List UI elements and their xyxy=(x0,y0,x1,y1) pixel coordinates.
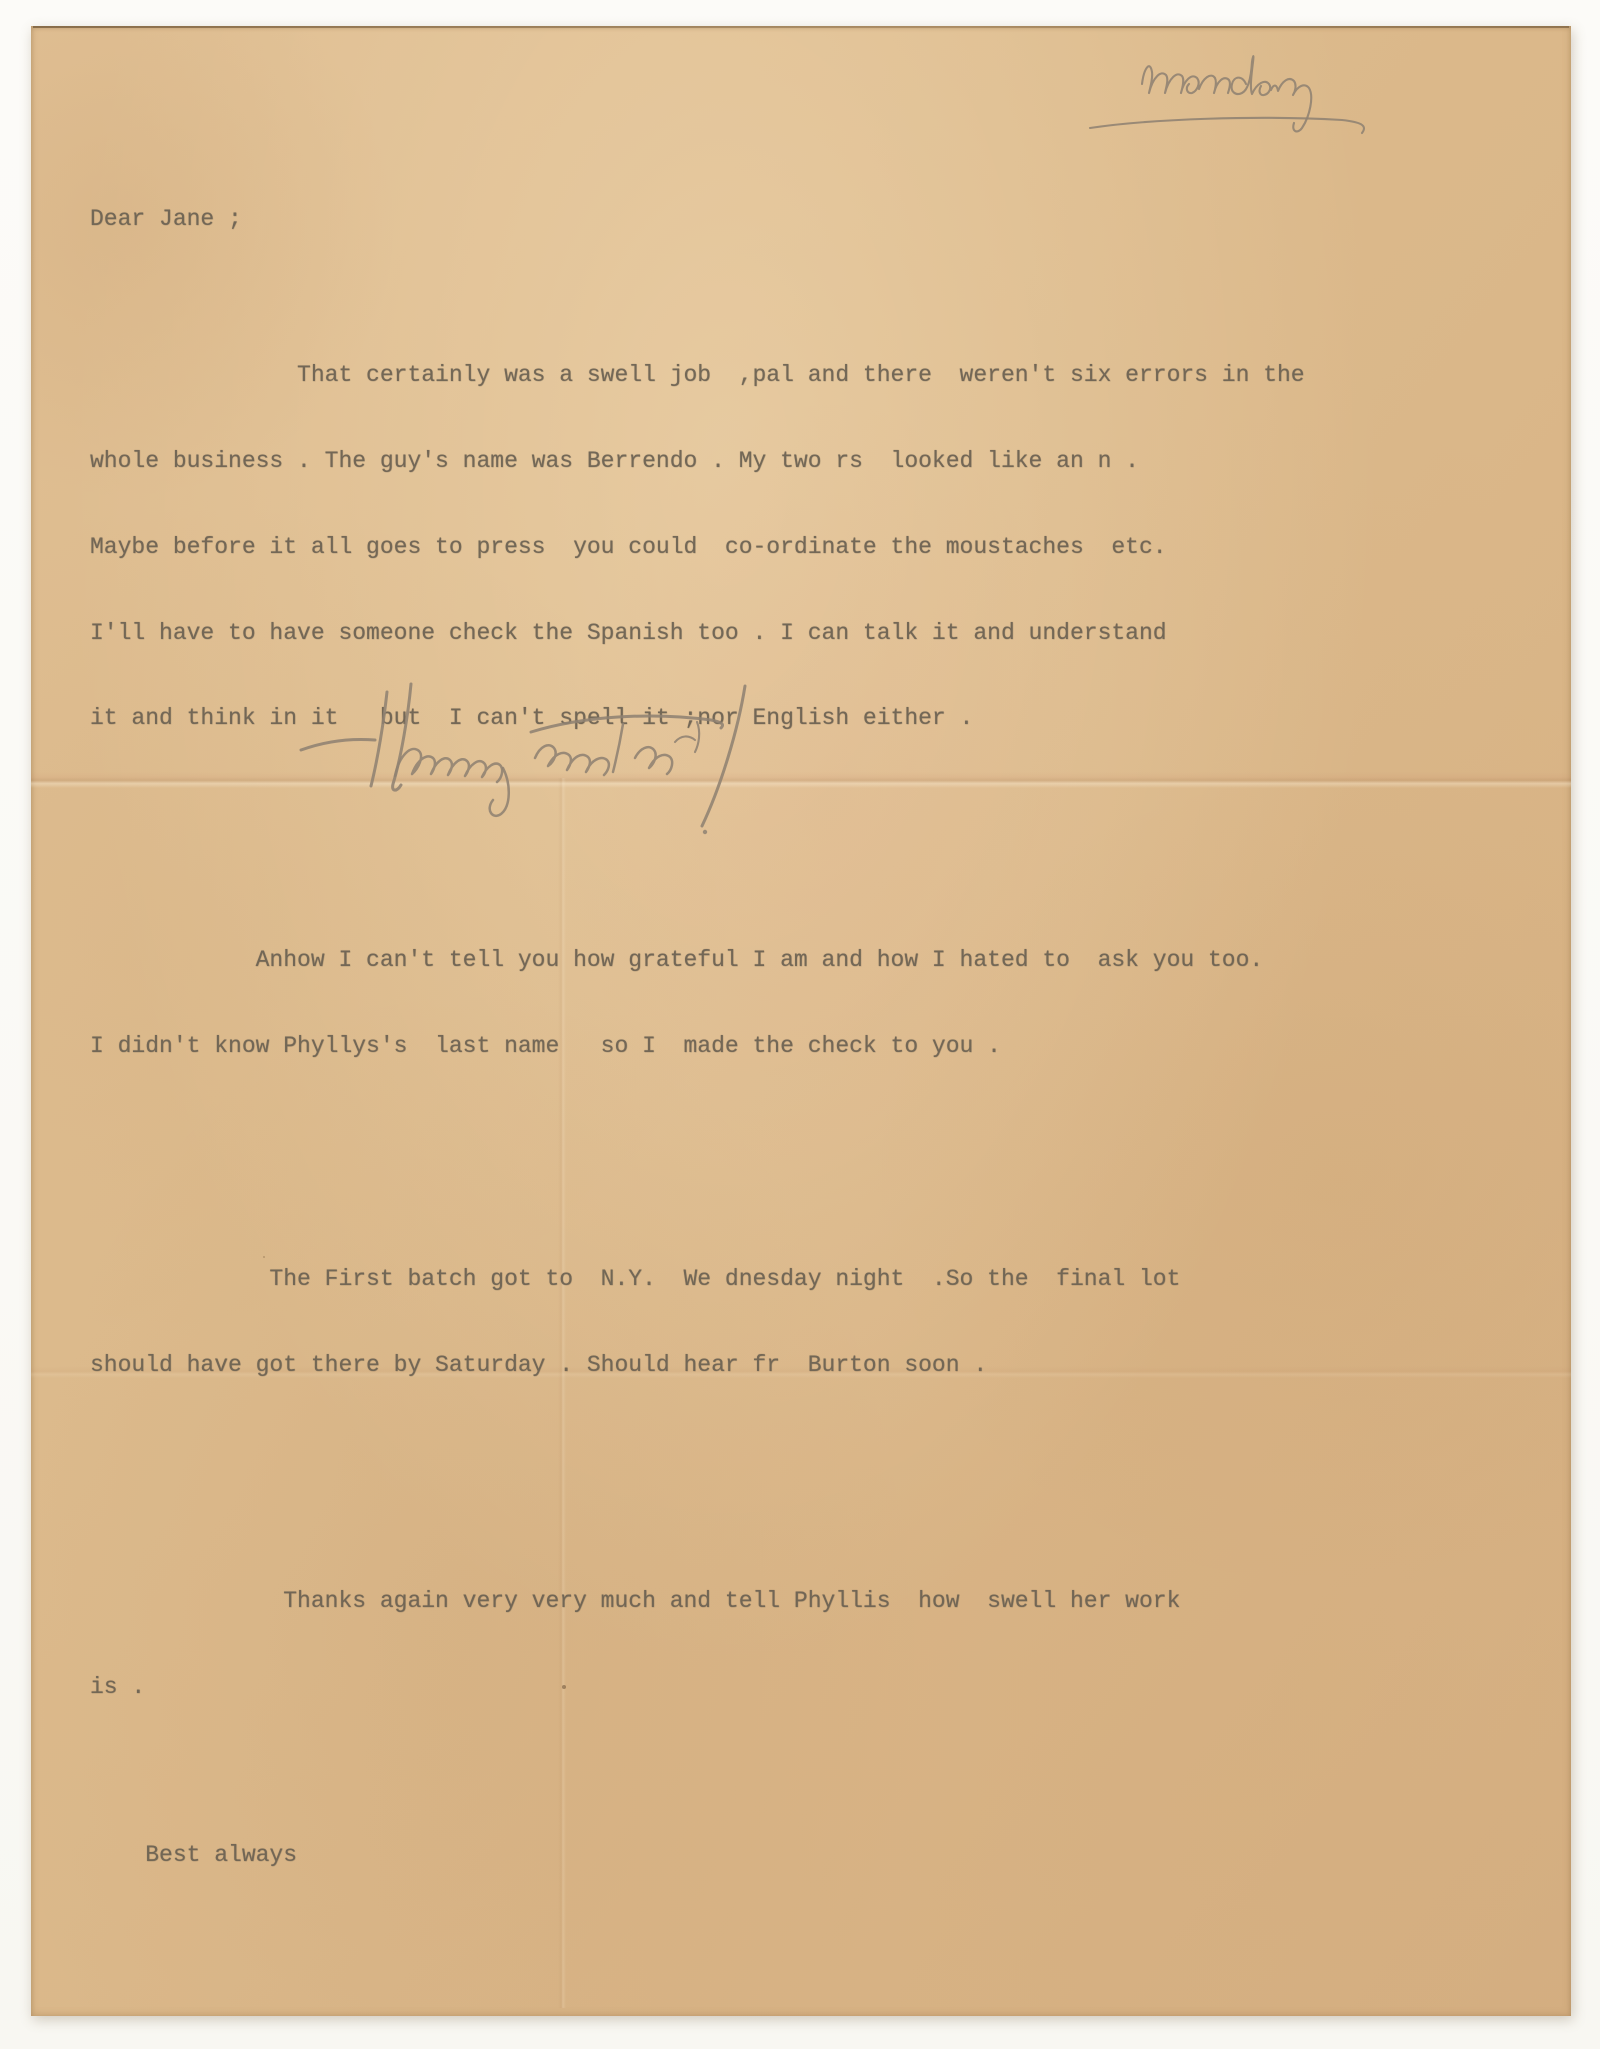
typed-line: The First batch got to N.Y. We dnesday n… xyxy=(90,1265,1305,1294)
handwritten-date-monday xyxy=(1080,42,1410,152)
typed-line: should have got there by Saturday . Shou… xyxy=(90,1351,1305,1380)
typed-letter-body: Dear Jane ; That certainly was a swell j… xyxy=(90,148,1305,1927)
typed-line: it and think in it but I can't spell it … xyxy=(90,704,1305,733)
typed-line: is . xyxy=(90,1673,1305,1702)
paragraph-4: Thanks again very very much and tell Phy… xyxy=(90,1530,1305,1759)
typed-line: whole business . The guy's name was Berr… xyxy=(90,447,1305,476)
typed-line: Anhow I can't tell you how grateful I am… xyxy=(90,946,1305,975)
typed-line: I'll have to have someone check the Span… xyxy=(90,619,1305,648)
closing: Best always xyxy=(90,1841,1305,1870)
typed-line: Maybe before it all goes to press you co… xyxy=(90,533,1305,562)
salutation: Dear Jane ; xyxy=(90,205,1305,234)
typed-line: I didn't know Phyllys's last name so I m… xyxy=(90,1032,1305,1061)
paragraph-1: That certainly was a swell job ,pal and … xyxy=(90,304,1305,790)
typed-line: That certainly was a swell job ,pal and … xyxy=(90,361,1305,390)
paragraph-2: Anhow I can't tell you how grateful I am… xyxy=(90,889,1305,1118)
typed-line: Thanks again very very much and tell Phy… xyxy=(90,1587,1305,1616)
paragraph-3: The First batch got to N.Y. We dnesday n… xyxy=(90,1208,1305,1437)
letter-paper: Dear Jane ; That certainly was a swell j… xyxy=(31,26,1571,2016)
